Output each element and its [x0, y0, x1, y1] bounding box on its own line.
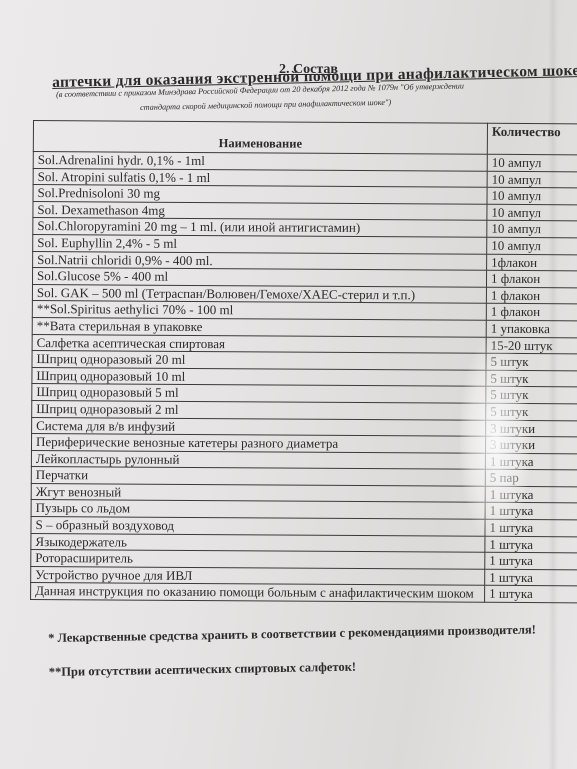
item-quantity: 1 штука [485, 586, 577, 603]
item-name: Шприц одноразовый 10 ml [32, 367, 486, 386]
document-page: 2. Состав аптечки для оказания экстренно… [0, 0, 577, 769]
item-name: Sol.Adrenalini hydr. 0,1% - 1ml [33, 152, 487, 171]
item-quantity: 3 штуки [486, 420, 577, 437]
table-body: Sol.Adrenalini hydr. 0,1% - 1ml10 ампулS… [31, 152, 577, 603]
item-name: Sol. Dexamethason 4mg [33, 201, 487, 220]
item-quantity: 1 штука [485, 503, 577, 520]
item-quantity: 10 ампул [487, 187, 577, 204]
item-quantity: 1 флакон [486, 270, 577, 287]
item-quantity: 1 упаковка [486, 320, 577, 337]
item-quantity: 10 ампул [487, 221, 577, 238]
item-name: S – образный воздуховод [31, 517, 485, 536]
item-name: **Sol.Spiritus aethylici 70% - 100 ml [32, 301, 486, 320]
item-quantity: 10 ампул [487, 154, 577, 171]
item-name: Sol.Glucose 5% - 400 ml [32, 268, 486, 287]
item-name: Жгут венозный [31, 483, 485, 502]
item-name: Языкодержатель [31, 533, 485, 552]
item-quantity: 1 штука [485, 569, 577, 586]
item-quantity: 10 ампул [487, 237, 577, 254]
item-quantity: 15-20 штук [486, 337, 577, 354]
item-name: Система для в/в инфузий [32, 417, 486, 436]
item-quantity: 1 флакон [486, 287, 577, 304]
header-quantity: Количество [487, 123, 577, 155]
item-name: Пузырь со льдом [31, 500, 485, 519]
footnotes: * Лекарственные средства хранить в соотв… [48, 620, 559, 681]
item-name: Данная инструкция по оказанию помощи бол… [31, 583, 485, 602]
item-name: **Вата стерильная в упаковке [32, 317, 486, 336]
item-name: Устройство ручное для ИВЛ [31, 566, 485, 585]
item-name: Sol. GAK – 500 ml (Тетраспан/Волювен/Гем… [32, 284, 486, 303]
kit-table-container: Наименование Количество Sol.Adrenalini h… [30, 120, 577, 603]
item-name: Лейкопластырь рулонный [31, 450, 485, 469]
kit-contents-table: Наименование Количество Sol.Adrenalini h… [30, 120, 577, 603]
item-name: Шприц одноразовый 2 ml [32, 400, 486, 419]
item-quantity: 5 штук [486, 353, 577, 370]
item-quantity: 1 штука [485, 536, 577, 553]
item-name: Sol.Prednisoloni 30 mg [33, 185, 487, 204]
item-quantity: 1 штука [485, 519, 577, 536]
item-name: Sol. Atropini sulfatis 0,1% - 1 ml [33, 168, 487, 187]
item-quantity: 1 штука [485, 553, 577, 570]
item-quantity: 5 пар [485, 470, 577, 487]
item-quantity: 1флакон [487, 254, 577, 271]
item-quantity: 3 штуки [485, 436, 577, 453]
footnote-alcohol-wipes: **При отсутствии асептических спиртовых … [49, 654, 559, 681]
item-name: Шприц одноразовый 5 ml [32, 384, 486, 403]
item-quantity: 1 штука [485, 486, 577, 503]
table-row: Данная инструкция по оказанию помощи бол… [31, 583, 577, 603]
footnote-storage: * Лекарственные средства хранить в соотв… [48, 620, 558, 647]
item-quantity: 10 ампул [487, 204, 577, 221]
item-name: Периферические венозные катетеры разного… [31, 434, 485, 453]
item-name: Sol.Chloropyramini 20 mg – 1 ml. (или ин… [33, 218, 487, 237]
item-quantity: 1 штука [485, 453, 577, 470]
item-quantity: 10 ампул [487, 171, 577, 188]
item-name: Sol. Euphyllin 2,4% - 5 ml [33, 234, 487, 253]
item-quantity: 1 флакон [486, 304, 577, 321]
item-name: Шприц одноразовый 20 ml [32, 351, 486, 370]
header-name: Наименование [33, 121, 487, 155]
item-name: Салфетка асептическая спиртовая [32, 334, 486, 353]
item-name: Sol.Natrii chloridi 0,9% - 400 ml. [33, 251, 487, 270]
item-quantity: 5 штук [486, 370, 577, 387]
item-quantity: 5 штук [486, 387, 577, 404]
table-header-row: Наименование Количество [33, 121, 577, 155]
subtitle-line-2: стандарта скорой медицинской помощи при … [140, 98, 391, 112]
item-quantity: 5 штук [486, 403, 577, 420]
item-name: Роторасширитель [31, 550, 485, 569]
